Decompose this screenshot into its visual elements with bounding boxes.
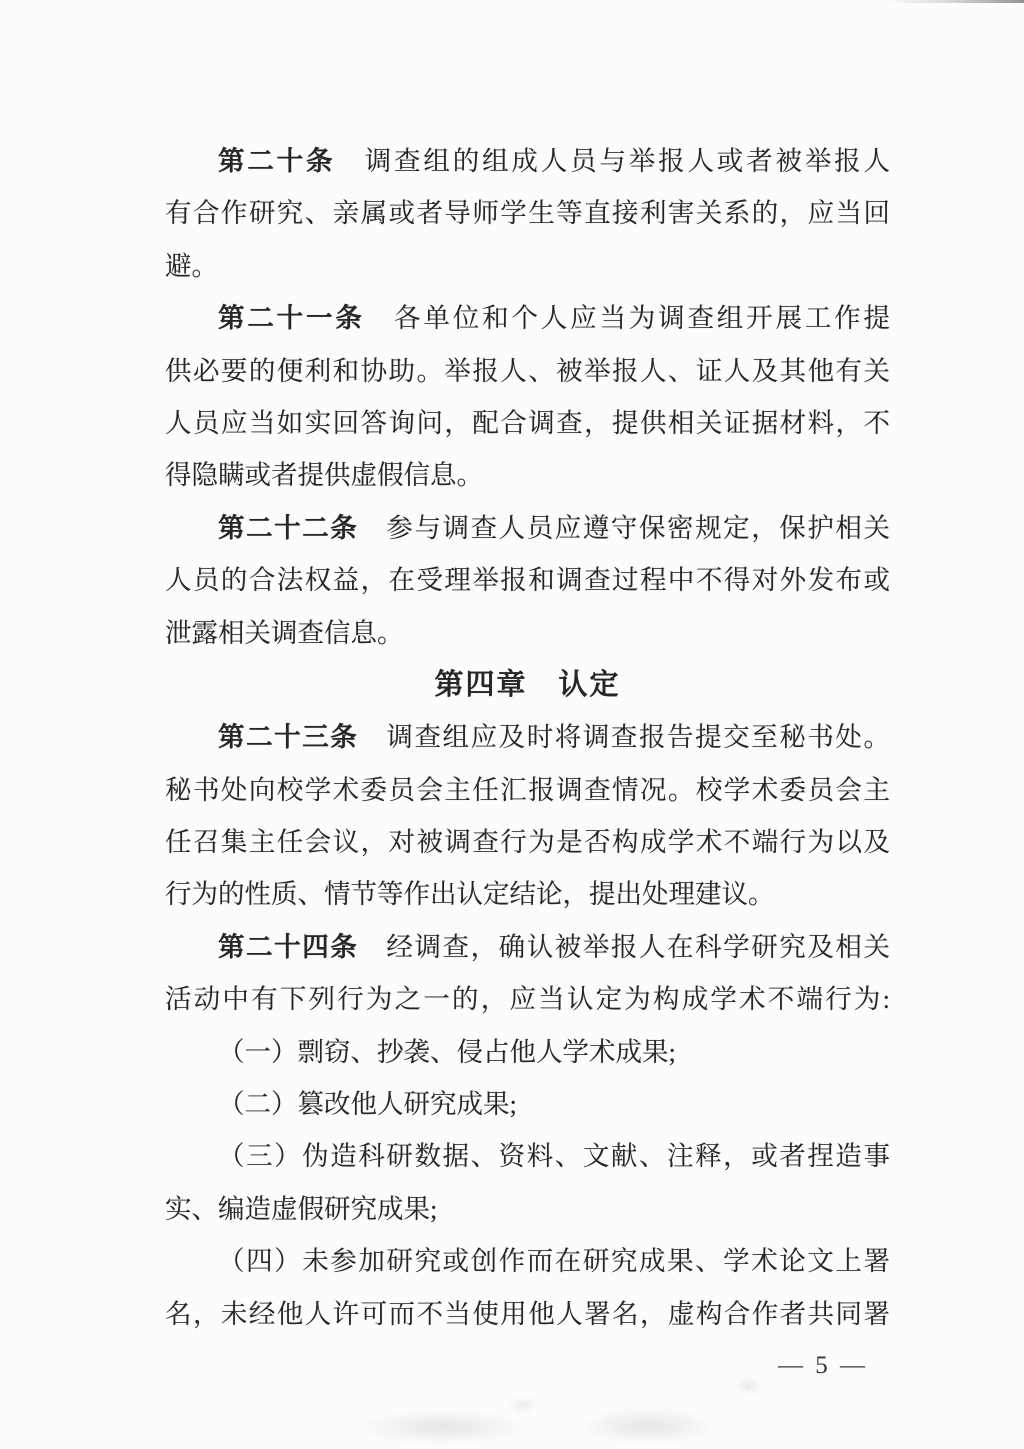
scan-smudge	[508, 1398, 538, 1412]
line-text: 参与调查人员应遵守保密规定，保护相关	[358, 513, 890, 543]
document-page: 第二十条 调查组的组成人员与举报人或者被举报人 有合作研究、亲属或者导师学生等直…	[0, 0, 1024, 1449]
scan-smudge	[736, 1378, 762, 1394]
text-line: 避。	[165, 240, 890, 292]
line-text: 经调查，确认被举报人在科学研究及相关	[358, 932, 890, 962]
text-line: 第二十条 调查组的组成人员与举报人或者被举报人	[165, 135, 890, 187]
text-line: 实、编造虚假研究成果;	[165, 1183, 890, 1235]
line-text: （一）剽窃、抄袭、侵占他人学术成果;	[218, 1037, 676, 1067]
line-text: （四）未参加研究或创作而在研究成果、学术论文上署	[218, 1246, 890, 1276]
line-text: 任召集主任会议，对被调查行为是否构成学术不端行为以及	[165, 827, 890, 857]
line-text: 各单位和个人应当为调查组开展工作提	[365, 303, 890, 333]
text-line: 活动中有下列行为之一的，应当认定为构成学术不端行为:	[165, 973, 890, 1025]
line-text: 调查组应及时将调查报告提交至秘书处。	[358, 722, 890, 752]
text-line: 人员的合法权益，在受理举报和调查过程中不得对外发布或	[165, 554, 890, 606]
line-text: 行为的性质、情节等作出认定结论，提出处理建议。	[165, 879, 775, 909]
line-text: 避。	[165, 251, 218, 281]
text-line: 秘书处向校学术委员会主任汇报调查情况。校学术委员会主	[165, 764, 890, 816]
line-text: （二）篡改他人研究成果;	[218, 1089, 517, 1119]
chapter-heading: 第四章 认定	[165, 659, 890, 711]
line-text: 调查组的组成人员与举报人或者被举报人	[335, 146, 890, 176]
line-text: 泄露相关调查信息。	[165, 618, 404, 648]
line-text: 名，未经他人许可而不当使用他人署名，虚构合作者共同署	[165, 1299, 890, 1329]
scan-smudge	[355, 1410, 530, 1444]
text-line: 有合作研究、亲属或者导师学生等直接利害关系的，应当回	[165, 187, 890, 239]
text-line: 泄露相关调查信息。	[165, 607, 890, 659]
text-line: 人员应当如实回答询问，配合调查，提供相关证据材料，不	[165, 397, 890, 449]
line-text: 得隐瞒或者提供虚假信息。	[165, 460, 483, 490]
text-line: 第二十四条 经调查，确认被举报人在科学研究及相关	[165, 921, 890, 973]
scan-smudge	[578, 1408, 718, 1444]
list-item-line: （二）篡改他人研究成果;	[165, 1078, 890, 1130]
text-line: 得隐瞒或者提供虚假信息。	[165, 449, 890, 501]
list-item-line: （四）未参加研究或创作而在研究成果、学术论文上署	[165, 1235, 890, 1287]
text-line: 行为的性质、情节等作出认定结论，提出处理建议。	[165, 868, 890, 920]
line-text: 有合作研究、亲属或者导师学生等直接利害关系的，应当回	[165, 198, 890, 228]
text-line: 名，未经他人许可而不当使用他人署名，虚构合作者共同署	[165, 1288, 890, 1340]
text-line: 供必要的便利和协助。举报人、被举报人、证人及其他有关	[165, 345, 890, 397]
article-number: 第二十二条	[218, 513, 358, 543]
line-text: 秘书处向校学术委员会主任汇报调查情况。校学术委员会主	[165, 775, 890, 805]
text-line: 任召集主任会议，对被调查行为是否构成学术不端行为以及	[165, 816, 890, 868]
article-number: 第二十一条	[218, 303, 365, 333]
line-text: 人员的合法权益，在受理举报和调查过程中不得对外发布或	[165, 565, 890, 595]
page-number: — 5 —	[165, 1340, 890, 1392]
document-body: 第二十条 调查组的组成人员与举报人或者被举报人 有合作研究、亲属或者导师学生等直…	[165, 135, 890, 1392]
line-text: （三）伪造科研数据、资料、文献、注释，或者捏造事	[218, 1141, 890, 1171]
article-number: 第二十三条	[218, 722, 358, 752]
line-text: 供必要的便利和协助。举报人、被举报人、证人及其他有关	[165, 356, 890, 386]
line-text: 人员应当如实回答询问，配合调查，提供相关证据材料，不	[165, 408, 890, 438]
scan-edge-artifact	[884, 0, 1024, 3]
line-text: 实、编造虚假研究成果;	[165, 1194, 437, 1224]
article-number: 第二十条	[218, 146, 335, 176]
text-line: 第二十一条 各单位和个人应当为调查组开展工作提	[165, 292, 890, 344]
line-text: 活动中有下列行为之一的，应当认定为构成学术不端行为:	[165, 984, 890, 1014]
text-line: 第二十三条 调查组应及时将调查报告提交至秘书处。	[165, 711, 890, 763]
list-item-line: （三）伪造科研数据、资料、文献、注释，或者捏造事	[165, 1130, 890, 1182]
list-item-line: （一）剽窃、抄袭、侵占他人学术成果;	[165, 1026, 890, 1078]
article-number: 第二十四条	[218, 932, 358, 962]
text-line: 第二十二条 参与调查人员应遵守保密规定，保护相关	[165, 502, 890, 554]
